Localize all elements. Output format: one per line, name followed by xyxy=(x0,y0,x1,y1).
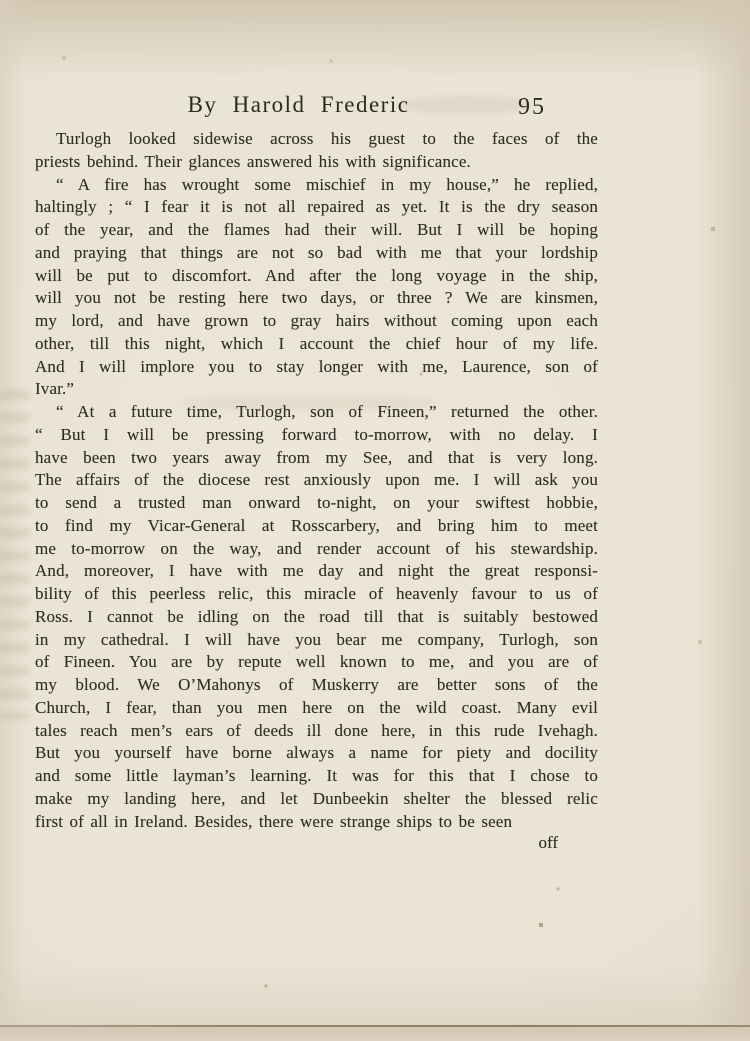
text-line: me to-morrow on the way, and render acco… xyxy=(35,538,598,561)
text-line: to find my Vicar-General at Rosscarbery,… xyxy=(35,515,598,538)
running-title: By Harold Frederic xyxy=(17,92,580,118)
text-line: of Fineen. You are by repute well known … xyxy=(35,651,598,674)
paper-shading-right xyxy=(695,0,750,1041)
page-number: 95 xyxy=(518,94,546,121)
text-line: Ivar.” xyxy=(35,378,598,401)
text-line: “ But I will be pressing forward to-morr… xyxy=(35,424,598,447)
text-line: and praying that things are not so bad w… xyxy=(35,242,598,265)
paper-speckles xyxy=(0,0,2,2)
text-line: my blood. We O’Mahonys of Muskerry are b… xyxy=(35,674,598,697)
text-line: Ross. I cannot be idling on the road til… xyxy=(35,606,598,629)
text-line: Turlogh looked sidewise across his guest… xyxy=(35,128,598,151)
text-line: other, till this night, which I account … xyxy=(35,333,598,356)
underlying-page-edge xyxy=(0,1027,750,1041)
text-line: make my landing here, and let Dunbeekin … xyxy=(35,788,598,811)
text-line: of the year, and the flames had their wi… xyxy=(35,219,598,242)
text-line: And I will implore you to stay longer wi… xyxy=(35,356,598,379)
text-line: will you not be resting here two days, o… xyxy=(35,287,598,310)
paper-shading-bottom xyxy=(0,965,750,1025)
text-line: priests behind. Their glances answered h… xyxy=(35,151,598,174)
text-line: and some little layman’s learning. It wa… xyxy=(35,765,598,788)
text-line: “ A fire has wrought some mischief in my… xyxy=(35,174,598,197)
text-line: The affairs of the diocese rest anxiousl… xyxy=(35,469,598,492)
text-line: will be put to discomfort. And after the… xyxy=(35,265,598,288)
paper-shading-top xyxy=(0,0,750,78)
page-header: By Harold Frederic 95 xyxy=(35,92,598,126)
text-line: my lord, and have grown to gray hairs wi… xyxy=(35,310,598,333)
text-line: But you yourself have borne always a nam… xyxy=(35,742,598,765)
text-line: haltingly ; “ I fear it is not all repai… xyxy=(35,196,598,219)
text-line: have been two years away from my See, an… xyxy=(35,447,598,470)
catchword: off xyxy=(35,833,598,853)
text-line: in my cathedral. I will have you bear me… xyxy=(35,629,598,652)
text-line: “ At a future time, Turlogh, son of Fine… xyxy=(35,401,598,424)
book-page-scan: By Harold Frederic 95 Turlogh looked sid… xyxy=(0,0,750,1041)
paper-shading-left xyxy=(0,0,28,1041)
body-text: Turlogh looked sidewise across his guest… xyxy=(35,128,598,833)
text-line: Church, I fear, than you men here on the… xyxy=(35,697,598,720)
text-line: first of all in Ireland. Besides, there … xyxy=(35,811,598,834)
text-line: tales reach men’s ears of deeds ill done… xyxy=(35,720,598,743)
text-line: bility of this peerless relic, this mira… xyxy=(35,583,598,606)
text-line: to send a trusted man onward to-night, o… xyxy=(35,492,598,515)
show-through-smudge xyxy=(0,390,30,720)
text-line: And, moreover, I have with me day and ni… xyxy=(35,560,598,583)
